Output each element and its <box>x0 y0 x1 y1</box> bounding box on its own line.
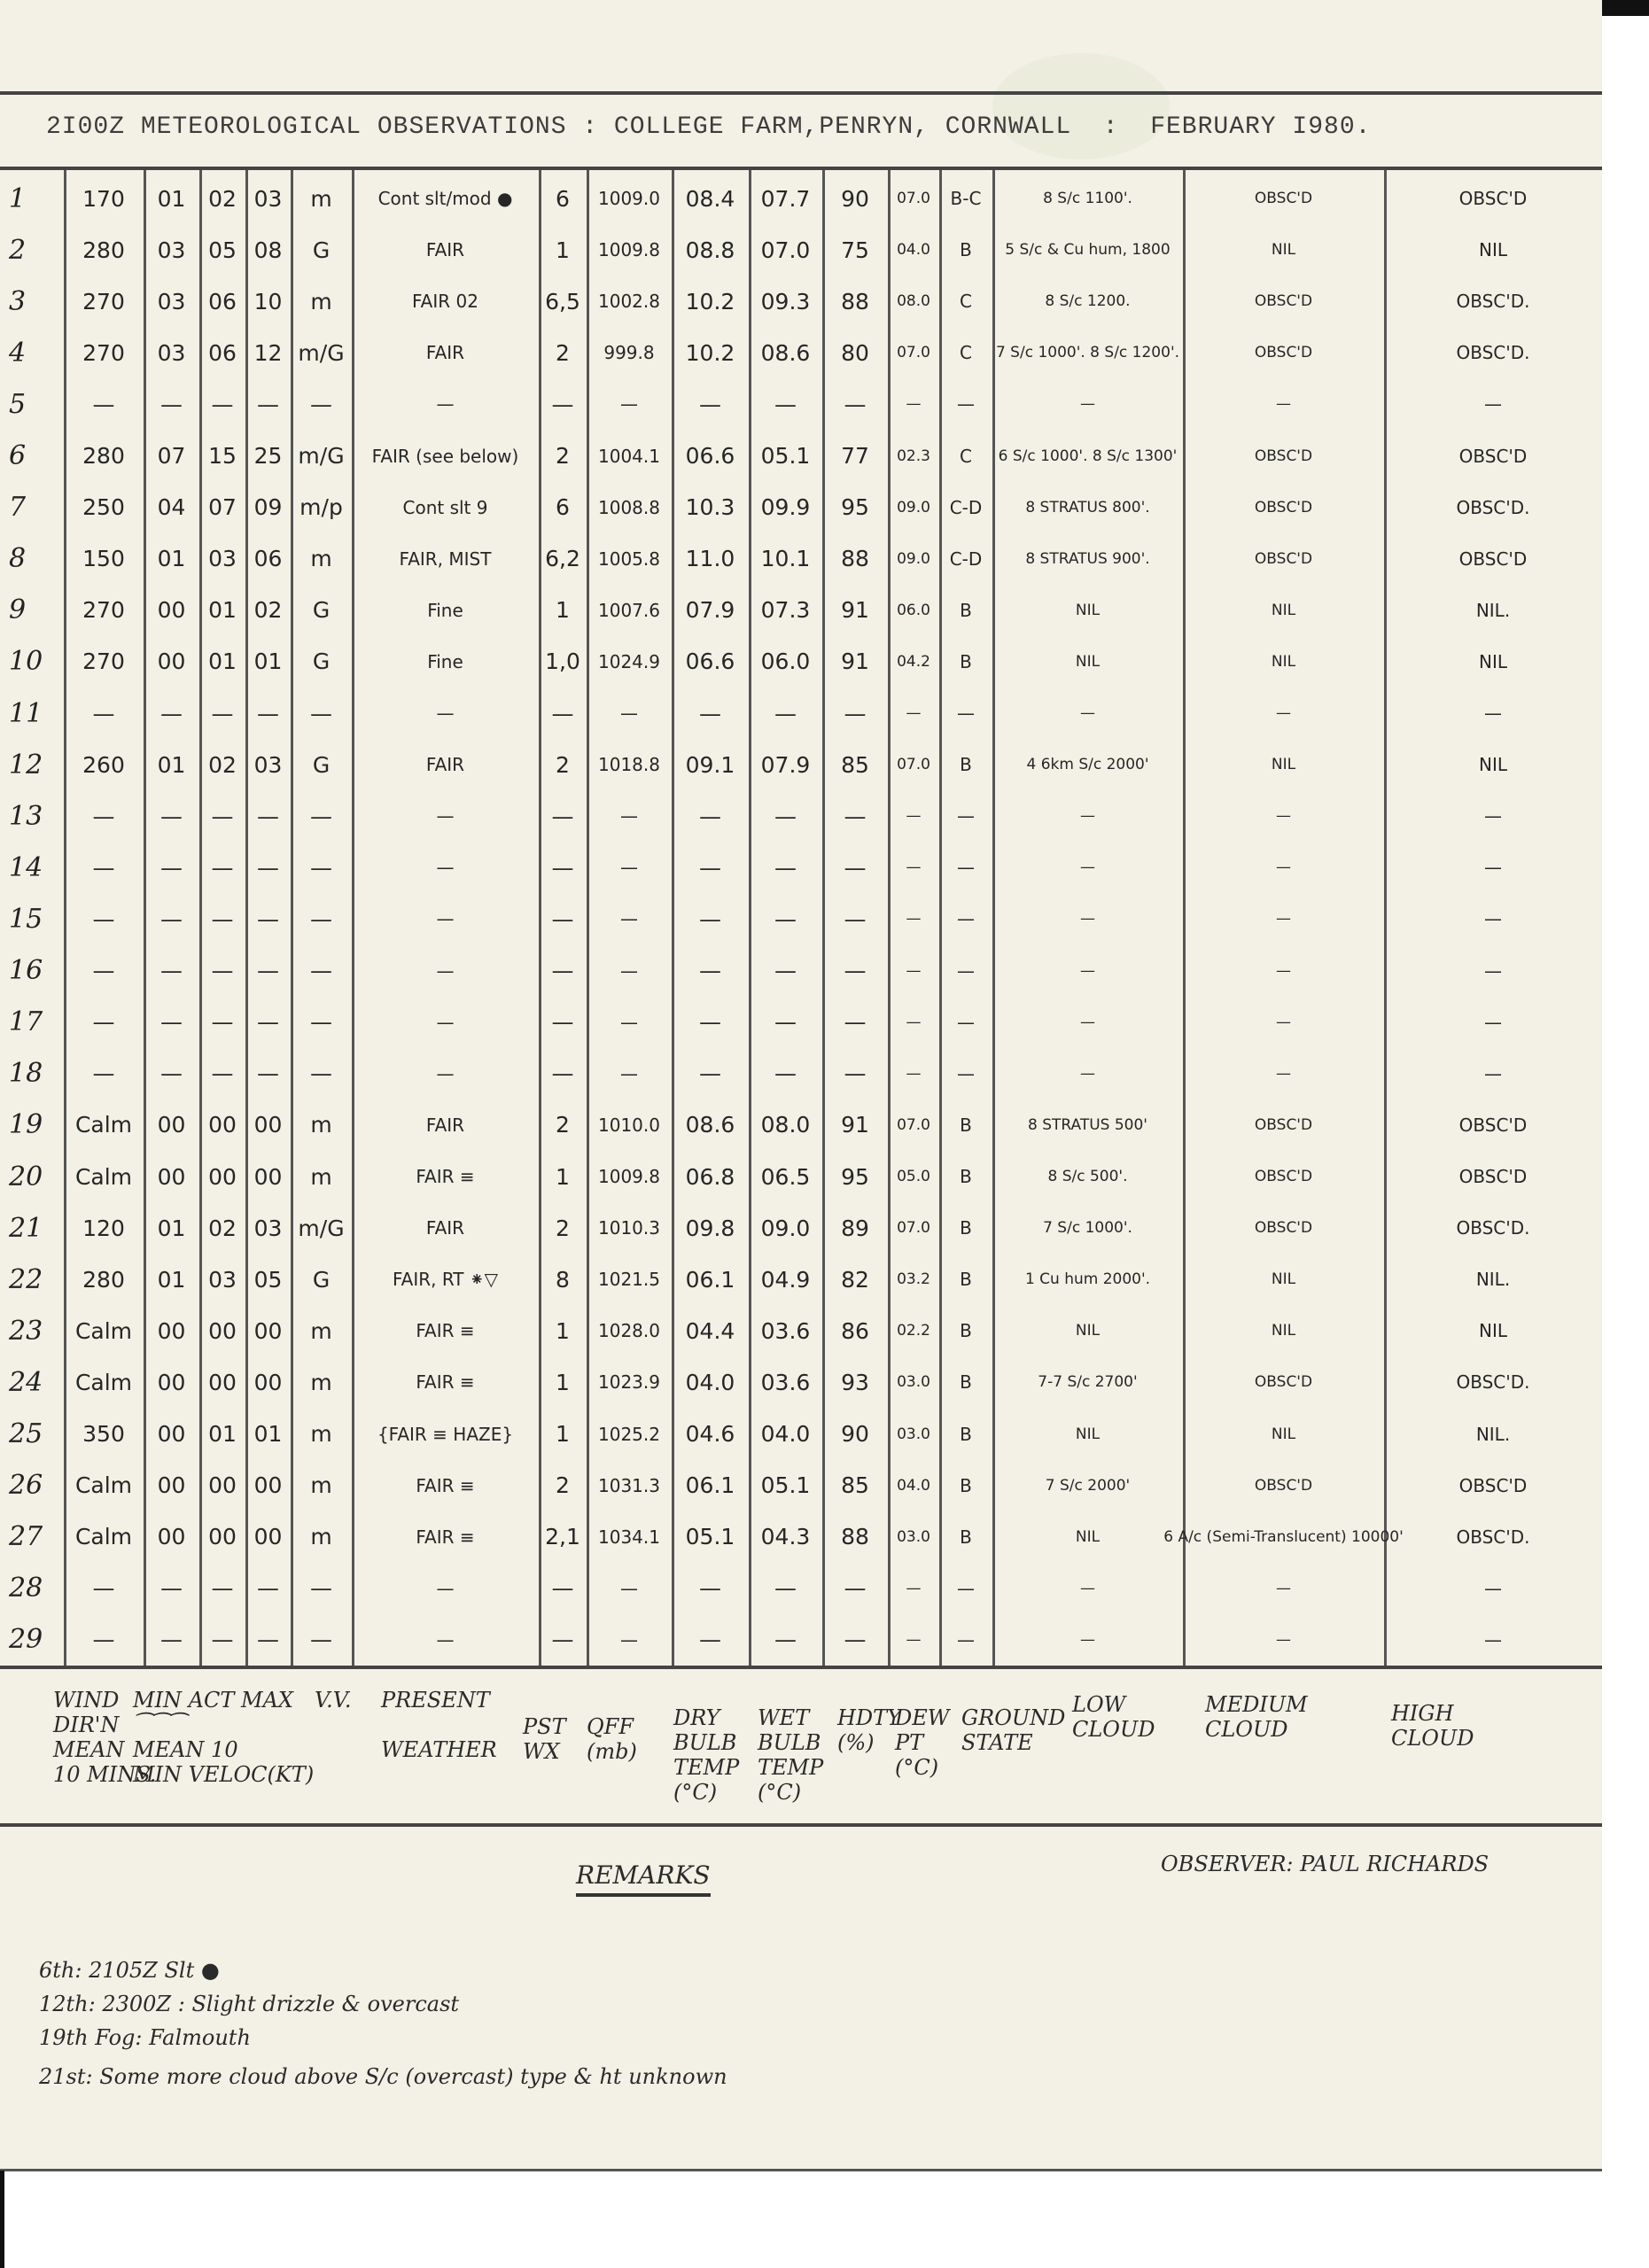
cell-act-speed: 00 <box>199 1356 245 1408</box>
table-row: 5———————————————— <box>0 378 1602 430</box>
table-row: 29———————————————— <box>0 1614 1602 1666</box>
cell-high-cloud: — <box>1384 893 1602 944</box>
cell-wet-bulb: — <box>749 893 822 944</box>
cell-ground-state: B <box>939 1254 992 1305</box>
cell-min-speed: 00 <box>144 1305 199 1356</box>
cell-wet-bulb: — <box>749 1048 822 1099</box>
cell-vv: — <box>291 687 352 739</box>
cell-dew-pt: — <box>888 842 939 893</box>
cell-dry-bulb: 08.6 <box>672 1099 749 1151</box>
cell-max-speed: 00 <box>245 1305 291 1356</box>
cell-act-speed: — <box>199 687 245 739</box>
cell-medium-cloud: NIL <box>1183 636 1384 687</box>
cell-min-speed: 00 <box>144 1356 199 1408</box>
cell-dry-bulb: — <box>672 1614 749 1666</box>
cell-min-speed: — <box>144 893 199 944</box>
cell-wind-dir: Calm <box>64 1356 144 1408</box>
cell-act-speed: — <box>199 1048 245 1099</box>
cell-present-weather: FAIR <box>352 224 539 276</box>
table-row: 16———————————————— <box>0 945 1602 997</box>
cell-min-speed: 00 <box>144 1408 199 1459</box>
cell-min-speed: 00 <box>144 1099 199 1151</box>
cell-wind-dir: — <box>64 1563 144 1614</box>
cell-qff: 1031.3 <box>587 1460 672 1511</box>
cell-present-weather: Cont slt/mod ● <box>352 173 539 224</box>
cell-humidity: 90 <box>822 173 888 224</box>
cell-act-speed: — <box>199 378 245 430</box>
cell-min-speed: 01 <box>144 533 199 585</box>
cell-dew-pt: 03.0 <box>888 1356 939 1408</box>
cell-wind-dir: 250 <box>64 482 144 533</box>
cell-qff: 1010.3 <box>587 1202 672 1254</box>
cell-act-speed: 02 <box>199 1202 245 1254</box>
cell-medium-cloud: — <box>1183 687 1384 739</box>
cell-max-speed: — <box>245 1614 291 1666</box>
cell-high-cloud: NIL <box>1384 1305 1602 1356</box>
cell-high-cloud: — <box>1384 997 1602 1048</box>
cell-medium-cloud: NIL <box>1183 1305 1384 1356</box>
legend-pst-wx: PST WX <box>523 1714 566 1764</box>
cell-dry-bulb: — <box>672 790 749 842</box>
cell-dew-pt: 04.0 <box>888 1460 939 1511</box>
cell-wet-bulb: 05.1 <box>749 431 822 482</box>
cell-present-weather: — <box>352 1614 539 1666</box>
cell-humidity: 80 <box>822 327 888 378</box>
cell-wind-dir: — <box>64 893 144 944</box>
cell-max-speed: 25 <box>245 431 291 482</box>
observation-table: 1170010203mCont slt/mod ●61009.008.407.7… <box>0 173 1602 1666</box>
cell-min-speed: — <box>144 945 199 997</box>
cell-medium-cloud: NIL <box>1183 739 1384 790</box>
cell-max-speed: — <box>245 1563 291 1614</box>
cell-dry-bulb: 06.8 <box>672 1151 749 1202</box>
cell-dew-pt: 02.2 <box>888 1305 939 1356</box>
cell-dry-bulb: 04.4 <box>672 1305 749 1356</box>
table-row: 12260010203GFAIR21018.809.107.98507.0B4 … <box>0 739 1602 790</box>
cell-day: 13 <box>0 790 73 842</box>
cell-min-speed: 01 <box>144 1254 199 1305</box>
cell-dry-bulb: 06.6 <box>672 636 749 687</box>
cell-day: 7 <box>0 482 73 533</box>
observation-sheet: 2I00Z METEOROLOGICAL OBSERVATIONS : COLL… <box>0 0 1602 2171</box>
cell-low-cloud: — <box>992 842 1183 893</box>
cell-vv: m <box>291 276 352 327</box>
cell-high-cloud: OBSC'D. <box>1384 1511 1602 1563</box>
cell-low-cloud: — <box>992 790 1183 842</box>
remark-entry: 19th Fog: Falmouth <box>39 2025 251 2050</box>
cell-wet-bulb: 10.1 <box>749 533 822 585</box>
cell-dry-bulb: — <box>672 378 749 430</box>
cell-dry-bulb: 06.1 <box>672 1254 749 1305</box>
cell-qff: — <box>587 842 672 893</box>
cell-dew-pt: 05.0 <box>888 1151 939 1202</box>
table-row: 18———————————————— <box>0 1048 1602 1099</box>
cell-vv: m <box>291 1511 352 1563</box>
cell-pst-wx: 1 <box>539 224 587 276</box>
cell-wet-bulb: 08.6 <box>749 327 822 378</box>
cell-dew-pt: — <box>888 1614 939 1666</box>
cell-wet-bulb: — <box>749 1614 822 1666</box>
cell-act-speed: 05 <box>199 224 245 276</box>
cell-dew-pt: 03.2 <box>888 1254 939 1305</box>
cell-wind-dir: 270 <box>64 327 144 378</box>
cell-day: 28 <box>0 1563 73 1614</box>
cell-qff: 999.8 <box>587 327 672 378</box>
remarks-heading: REMARKS <box>576 1860 711 1897</box>
cell-qff: — <box>587 893 672 944</box>
cell-act-speed: — <box>199 997 245 1048</box>
cell-qff: — <box>587 687 672 739</box>
cell-low-cloud: 8 S/c 1200. <box>992 276 1183 327</box>
cell-ground-state: C <box>939 327 992 378</box>
cell-min-speed: 03 <box>144 327 199 378</box>
cell-day: 5 <box>0 378 73 430</box>
cell-present-weather: Fine <box>352 585 539 636</box>
cell-ground-state: B <box>939 1151 992 1202</box>
cell-medium-cloud: OBSC'D <box>1183 431 1384 482</box>
cell-min-speed: 00 <box>144 636 199 687</box>
cell-min-speed: 00 <box>144 1511 199 1563</box>
cell-present-weather: FAIR, RT ⁕▽ <box>352 1254 539 1305</box>
cell-wind-dir: 350 <box>64 1408 144 1459</box>
cell-max-speed: 02 <box>245 585 291 636</box>
cell-pst-wx: 2,1 <box>539 1511 587 1563</box>
table-row: 9270000102GFine11007.607.907.39106.0BNIL… <box>0 585 1602 636</box>
cell-ground-state: — <box>939 945 992 997</box>
cell-day: 19 <box>0 1099 73 1151</box>
cell-day: 21 <box>0 1202 73 1254</box>
cell-humidity: — <box>822 945 888 997</box>
cell-ground-state: — <box>939 790 992 842</box>
cell-vv: m <box>291 1099 352 1151</box>
cell-wet-bulb: 04.3 <box>749 1511 822 1563</box>
cell-high-cloud: NIL <box>1384 636 1602 687</box>
cell-dew-pt: 04.0 <box>888 224 939 276</box>
cell-ground-state: B <box>939 585 992 636</box>
cell-day: 17 <box>0 997 73 1048</box>
cell-wet-bulb: 04.0 <box>749 1408 822 1459</box>
cell-vv: G <box>291 739 352 790</box>
cell-pst-wx: 2 <box>539 327 587 378</box>
remark-entry: 21st: Some more cloud above S/c (overcas… <box>39 2064 727 2089</box>
cell-dry-bulb: — <box>672 1048 749 1099</box>
cell-wind-dir: — <box>64 945 144 997</box>
cell-dry-bulb: — <box>672 893 749 944</box>
cell-max-speed: 00 <box>245 1151 291 1202</box>
cell-min-speed: 01 <box>144 739 199 790</box>
cell-qff: 1005.8 <box>587 533 672 585</box>
cell-medium-cloud: OBSC'D <box>1183 276 1384 327</box>
cell-min-speed: 03 <box>144 224 199 276</box>
cell-humidity: 90 <box>822 1408 888 1459</box>
cell-present-weather: — <box>352 1048 539 1099</box>
cell-high-cloud: OBSC'D. <box>1384 327 1602 378</box>
cell-low-cloud: NIL <box>992 585 1183 636</box>
table-row: 10270000101GFine1,01024.906.606.09104.2B… <box>0 636 1602 687</box>
cell-high-cloud: — <box>1384 1614 1602 1666</box>
cell-ground-state: C-D <box>939 533 992 585</box>
cell-wind-dir: 150 <box>64 533 144 585</box>
cell-low-cloud: — <box>992 1048 1183 1099</box>
legend-vv: V.V. <box>315 1688 352 1713</box>
cell-min-speed: 01 <box>144 1202 199 1254</box>
cell-high-cloud: NIL <box>1384 739 1602 790</box>
cell-high-cloud: NIL. <box>1384 1254 1602 1305</box>
cell-dry-bulb: — <box>672 842 749 893</box>
cell-ground-state: B <box>939 1356 992 1408</box>
cell-wind-dir: Calm <box>64 1099 144 1151</box>
cell-max-speed: — <box>245 842 291 893</box>
cell-high-cloud: — <box>1384 790 1602 842</box>
cell-present-weather: FAIR ≡ <box>352 1356 539 1408</box>
cell-min-speed: — <box>144 842 199 893</box>
cell-high-cloud: OBSC'D <box>1384 1151 1602 1202</box>
cell-act-speed: 00 <box>199 1151 245 1202</box>
cell-present-weather: — <box>352 687 539 739</box>
table-row: 17———————————————— <box>0 997 1602 1048</box>
cell-wind-dir: 170 <box>64 173 144 224</box>
cell-ground-state: — <box>939 893 992 944</box>
cell-low-cloud: 8 STRATUS 500' <box>992 1099 1183 1151</box>
cell-low-cloud: — <box>992 945 1183 997</box>
cell-day: 1 <box>0 173 73 224</box>
cell-vv: — <box>291 790 352 842</box>
cell-wet-bulb: 09.9 <box>749 482 822 533</box>
cell-day: 10 <box>0 636 73 687</box>
cell-high-cloud: NIL. <box>1384 1408 1602 1459</box>
cell-humidity: 75 <box>822 224 888 276</box>
cell-day: 16 <box>0 945 73 997</box>
cell-medium-cloud: OBSC'D <box>1183 173 1384 224</box>
cell-pst-wx: 2 <box>539 431 587 482</box>
cell-vv: m <box>291 533 352 585</box>
cell-low-cloud: — <box>992 1614 1183 1666</box>
cell-dry-bulb: 04.0 <box>672 1356 749 1408</box>
cell-min-speed: — <box>144 687 199 739</box>
cell-vv: — <box>291 1048 352 1099</box>
cell-wet-bulb: 06.0 <box>749 636 822 687</box>
cell-day: 26 <box>0 1460 73 1511</box>
legend-speeds: MIN ACT MAX ⁀⁀⁀ MEAN 10 MIN VELOC(KT) <box>133 1688 314 1787</box>
cell-qff: — <box>587 378 672 430</box>
cell-pst-wx: 2 <box>539 1202 587 1254</box>
cell-high-cloud: OBSC'D <box>1384 1099 1602 1151</box>
cell-dew-pt: — <box>888 945 939 997</box>
cell-act-speed: — <box>199 893 245 944</box>
table-row: 6280071525m/GFAIR (see below)21004.106.6… <box>0 431 1602 482</box>
cell-dew-pt: — <box>888 790 939 842</box>
cell-dry-bulb: 06.1 <box>672 1460 749 1511</box>
cell-ground-state: B <box>939 1202 992 1254</box>
cell-vv: — <box>291 1563 352 1614</box>
cell-vv: m/G <box>291 431 352 482</box>
cell-present-weather: — <box>352 790 539 842</box>
cell-qff: 1009.8 <box>587 1151 672 1202</box>
cell-qff: 1002.8 <box>587 276 672 327</box>
cell-qff: — <box>587 997 672 1048</box>
cell-vv: — <box>291 893 352 944</box>
cell-humidity: 95 <box>822 1151 888 1202</box>
column-legend: WIND DIR'N MEAN 10 MINS. MIN ACT MAX ⁀⁀⁀… <box>0 1666 1602 1825</box>
cell-min-speed: — <box>144 790 199 842</box>
cell-vv: — <box>291 945 352 997</box>
cell-low-cloud: — <box>992 997 1183 1048</box>
cell-dry-bulb: — <box>672 945 749 997</box>
cell-dew-pt: 06.0 <box>888 585 939 636</box>
cell-day: 23 <box>0 1305 73 1356</box>
cell-dew-pt: — <box>888 378 939 430</box>
table-row: 23Calm000000mFAIR ≡11028.004.403.68602.2… <box>0 1305 1602 1356</box>
cell-max-speed: 01 <box>245 1408 291 1459</box>
cell-present-weather: {FAIR ≡ HAZE} <box>352 1408 539 1459</box>
cell-wet-bulb: — <box>749 997 822 1048</box>
cell-day: 8 <box>0 533 73 585</box>
cell-humidity: 91 <box>822 636 888 687</box>
scan-border <box>0 2171 4 2268</box>
cell-pst-wx: — <box>539 790 587 842</box>
cell-ground-state: B <box>939 1460 992 1511</box>
cell-medium-cloud: NIL <box>1183 1408 1384 1459</box>
cell-pst-wx: — <box>539 687 587 739</box>
cell-humidity: — <box>822 790 888 842</box>
cell-low-cloud: 4 6km S/c 2000' <box>992 739 1183 790</box>
cell-act-speed: 01 <box>199 636 245 687</box>
legend-humidity: HDTY (%) <box>837 1705 901 1755</box>
paper-stain <box>992 53 1170 159</box>
cell-ground-state: C <box>939 431 992 482</box>
cell-dew-pt: 07.0 <box>888 1099 939 1151</box>
legend-high-cloud: HIGH CLOUD <box>1391 1701 1474 1751</box>
cell-humidity: 89 <box>822 1202 888 1254</box>
cell-pst-wx: — <box>539 945 587 997</box>
cell-vv: G <box>291 636 352 687</box>
cell-min-speed: — <box>144 1048 199 1099</box>
cell-wet-bulb: — <box>749 842 822 893</box>
cell-high-cloud: OBSC'D. <box>1384 1356 1602 1408</box>
cell-dry-bulb: — <box>672 1563 749 1614</box>
cell-max-speed: — <box>245 378 291 430</box>
cell-min-speed: 00 <box>144 1460 199 1511</box>
cell-present-weather: FAIR ≡ <box>352 1305 539 1356</box>
cell-pst-wx: 2 <box>539 1099 587 1151</box>
cell-wind-dir: — <box>64 378 144 430</box>
cell-wind-dir: 270 <box>64 276 144 327</box>
cell-day: 20 <box>0 1151 73 1202</box>
cell-act-speed: 03 <box>199 1254 245 1305</box>
cell-pst-wx: 2 <box>539 739 587 790</box>
cell-max-speed: 03 <box>245 173 291 224</box>
cell-qff: — <box>587 945 672 997</box>
cell-wind-dir: Calm <box>64 1151 144 1202</box>
cell-low-cloud: 7 S/c 1000'. <box>992 1202 1183 1254</box>
cell-pst-wx: 6,2 <box>539 533 587 585</box>
cell-present-weather: Cont slt 9 <box>352 482 539 533</box>
cell-low-cloud: — <box>992 1563 1183 1614</box>
cell-humidity: 88 <box>822 1511 888 1563</box>
cell-wind-dir: 270 <box>64 636 144 687</box>
cell-high-cloud: — <box>1384 687 1602 739</box>
cell-humidity: 95 <box>822 482 888 533</box>
cell-max-speed: — <box>245 997 291 1048</box>
cell-low-cloud: 1 Cu hum 2000'. <box>992 1254 1183 1305</box>
cell-ground-state: — <box>939 997 992 1048</box>
cell-wind-dir: Calm <box>64 1460 144 1511</box>
cell-wet-bulb: 06.5 <box>749 1151 822 1202</box>
cell-dry-bulb: 09.1 <box>672 739 749 790</box>
cell-dew-pt: 03.0 <box>888 1511 939 1563</box>
legend-medium-cloud: MEDIUM CLOUD <box>1205 1692 1308 1742</box>
cell-ground-state: B-C <box>939 173 992 224</box>
cell-max-speed: 06 <box>245 533 291 585</box>
cell-wind-dir: 260 <box>64 739 144 790</box>
cell-present-weather: Fine <box>352 636 539 687</box>
cell-wind-dir: — <box>64 687 144 739</box>
cell-dry-bulb: 08.8 <box>672 224 749 276</box>
legend-bottom-rule <box>0 1823 1602 1827</box>
cell-humidity: 85 <box>822 1460 888 1511</box>
cell-act-speed: — <box>199 790 245 842</box>
cell-max-speed: 00 <box>245 1356 291 1408</box>
cell-medium-cloud: — <box>1183 842 1384 893</box>
cell-wind-dir: Calm <box>64 1305 144 1356</box>
cell-humidity: 85 <box>822 739 888 790</box>
cell-qff: — <box>587 1563 672 1614</box>
cell-humidity: 88 <box>822 533 888 585</box>
cell-dew-pt: 07.0 <box>888 327 939 378</box>
cell-wet-bulb: 07.7 <box>749 173 822 224</box>
cell-pst-wx: 8 <box>539 1254 587 1305</box>
cell-wet-bulb: 07.9 <box>749 739 822 790</box>
cell-dew-pt: 07.0 <box>888 1202 939 1254</box>
cell-medium-cloud: OBSC'D <box>1183 482 1384 533</box>
cell-wet-bulb: 07.0 <box>749 224 822 276</box>
cell-qff: — <box>587 1614 672 1666</box>
cell-present-weather: FAIR <box>352 1099 539 1151</box>
cell-pst-wx: 1 <box>539 1408 587 1459</box>
cell-ground-state: C-D <box>939 482 992 533</box>
cell-max-speed: — <box>245 945 291 997</box>
cell-min-speed: 00 <box>144 1151 199 1202</box>
cell-dew-pt: 09.0 <box>888 482 939 533</box>
cell-low-cloud: 8 S/c 500'. <box>992 1151 1183 1202</box>
cell-max-speed: 10 <box>245 276 291 327</box>
cell-vv: m <box>291 1151 352 1202</box>
cell-present-weather: FAIR <box>352 1202 539 1254</box>
cell-humidity: 77 <box>822 431 888 482</box>
title-bottom-rule <box>0 167 1602 170</box>
cell-wet-bulb: 09.0 <box>749 1202 822 1254</box>
cell-present-weather: FAIR ≡ <box>352 1460 539 1511</box>
cell-wet-bulb: 03.6 <box>749 1356 822 1408</box>
cell-pst-wx: — <box>539 1614 587 1666</box>
cell-pst-wx: — <box>539 1048 587 1099</box>
cell-max-speed: 00 <box>245 1099 291 1151</box>
cell-min-speed: 03 <box>144 276 199 327</box>
cell-present-weather: — <box>352 378 539 430</box>
cell-day: 24 <box>0 1356 73 1408</box>
cell-humidity: 93 <box>822 1356 888 1408</box>
cell-pst-wx: — <box>539 997 587 1048</box>
cell-min-speed: — <box>144 1563 199 1614</box>
cell-pst-wx: — <box>539 893 587 944</box>
cell-act-speed: 06 <box>199 327 245 378</box>
cell-dry-bulb: 10.2 <box>672 327 749 378</box>
cell-dry-bulb: 05.1 <box>672 1511 749 1563</box>
cell-dew-pt: 02.3 <box>888 431 939 482</box>
sheet-title: 2I00Z METEOROLOGICAL OBSERVATIONS : COLL… <box>46 113 1371 141</box>
cell-ground-state: B <box>939 1408 992 1459</box>
cell-max-speed: — <box>245 790 291 842</box>
